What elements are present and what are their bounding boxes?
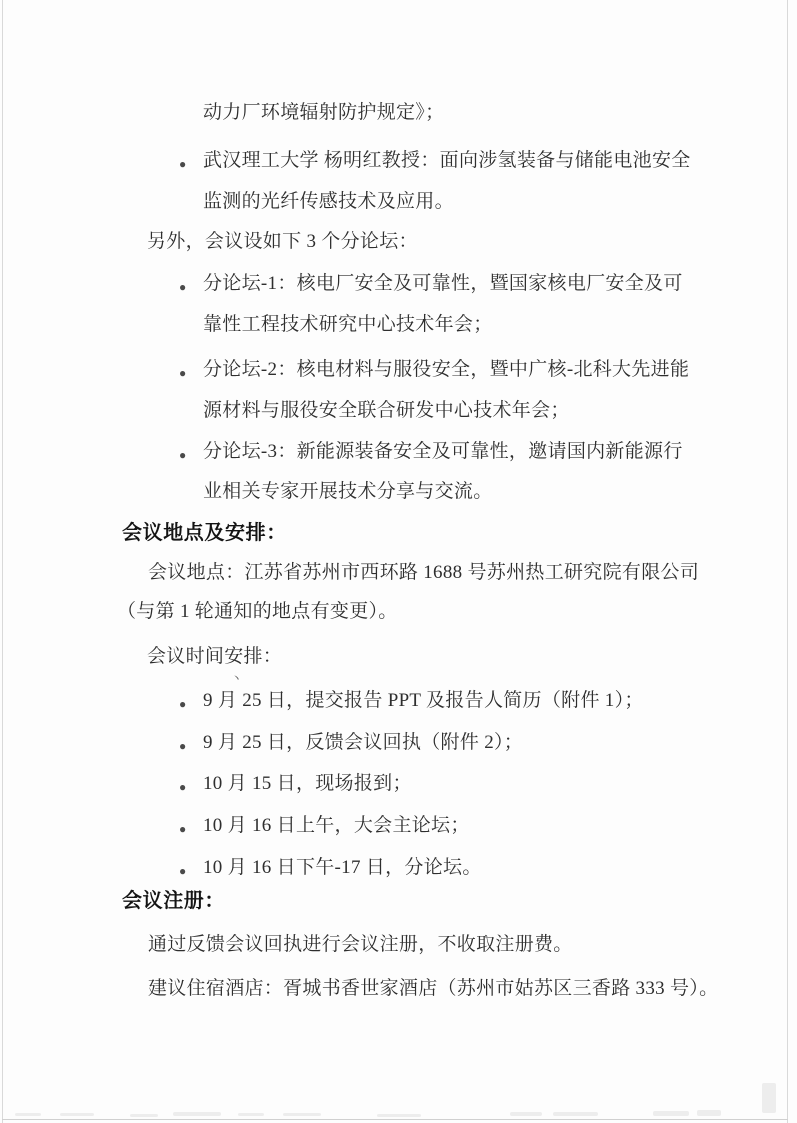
keynote-bullet-wuhan-text: 武汉理工大学 杨明红教授：面向涉氢装备与储能电池安全 [203,150,691,171]
keynote-bullet-wuhan-line2: 监测的光纤传感技术及应用。 [203,190,454,214]
bullet-icon: ● [179,443,186,467]
scan-artifact [653,1111,689,1116]
scan-artifact [130,1114,158,1117]
scan-artifact [510,1112,542,1116]
page-edge-right [787,0,788,1123]
forum-3-line2: 业相关专家开展技术分享与交流。 [203,480,493,504]
bullet-icon: ● [179,692,186,716]
venue-address-line2: （与第 1 轮通知的地点有变更）。 [117,600,398,624]
scan-artifact [15,1113,41,1116]
page-edge-bottom [2,1119,788,1120]
schedule-item-text: 10 月 15 日，现场报到； [203,773,412,794]
registration-body: 通过反馈会议回执进行会议注册，不收取注册费。 [148,933,573,957]
scan-artifact [238,1113,264,1116]
stray-dot-mark: 丶 [231,670,242,686]
forum-1-bullet: ●分论坛-1：核电厂安全及可靠性，暨国家核电厂安全及可 [203,272,683,296]
bullet-icon: ● [179,152,186,176]
bullet-icon: ● [179,775,186,799]
scan-artifact [283,1113,321,1116]
schedule-intro: 会议时间安排： [147,645,282,669]
scan-artifact [173,1112,221,1116]
forum-3-bullet: ●分论坛-3：新能源装备安全及可靠性，邀请国内新能源行 [203,440,683,464]
scan-artifact [697,1110,721,1116]
forum-2-line2: 源材料与服役安全联合研发中心技术年会； [203,399,570,423]
schedule-item: ●10 月 16 日下午-17 日，分论坛。 [203,856,482,880]
document-page: 动力厂环境辐射防护规定》； ●武汉理工大学 杨明红教授：面向涉氢装备与储能电池安… [0,0,797,1123]
keynote-bullet-wuhan: ●武汉理工大学 杨明红教授：面向涉氢装备与储能电池安全 [203,149,691,173]
page-edge-left [2,0,3,1123]
hotel-suggestion: 建议住宿酒店：胥城书香世家酒店（苏州市姑苏区三香路 333 号）。 [148,977,718,1001]
scan-artifact [60,1113,94,1116]
forum-1-line2: 靠性工程技术研究中心技术年会； [203,313,493,337]
scan-artifact [377,1114,421,1117]
schedule-item-text: 9 月 25 日，反馈会议回执（附件 2）； [203,732,523,753]
forum-3-text: 分论坛-3：新能源装备安全及可靠性，邀请国内新能源行 [203,441,683,462]
heading-venue-arrangement: 会议地点及安排： [122,521,287,545]
bullet-icon: ● [179,817,186,841]
schedule-item: ●10 月 16 日上午，大会主论坛； [203,814,470,838]
schedule-item: ●9 月 25 日，提交报告 PPT 及报告人简历（附件 1）； [203,689,644,713]
schedule-item-text: 9 月 25 日，提交报告 PPT 及报告人简历（附件 1）； [203,690,644,711]
keynote-item-tail: 动力厂环境辐射防护规定》； [203,101,444,125]
bullet-icon: ● [179,275,186,299]
scan-artifact [762,1083,776,1113]
schedule-item-text: 10 月 16 日下午-17 日，分论坛。 [203,857,482,878]
schedule-item: ●9 月 25 日，反馈会议回执（附件 2）； [203,731,523,755]
bullet-icon: ● [179,734,186,758]
bullet-icon: ● [179,859,186,883]
venue-address-line1: 会议地点：江苏省苏州市西环路 1688 号苏州热工研究院有限公司 [148,561,699,585]
heading-registration: 会议注册： [122,889,225,913]
scan-artifact [553,1112,598,1116]
bullet-icon: ● [179,361,186,385]
forum-2-text: 分论坛-2：核电材料与服役安全，暨中广核-北科大先进能 [203,359,689,380]
forum-1-text: 分论坛-1：核电厂安全及可靠性，暨国家核电厂安全及可 [203,273,683,294]
schedule-item-text: 10 月 16 日上午，大会主论坛； [203,815,470,836]
forum-2-bullet: ●分论坛-2：核电材料与服役安全，暨中广核-北科大先进能 [203,358,689,382]
forums-intro: 另外，会议设如下 3 个分论坛： [147,230,418,254]
schedule-item: ●10 月 15 日，现场报到； [203,772,412,796]
